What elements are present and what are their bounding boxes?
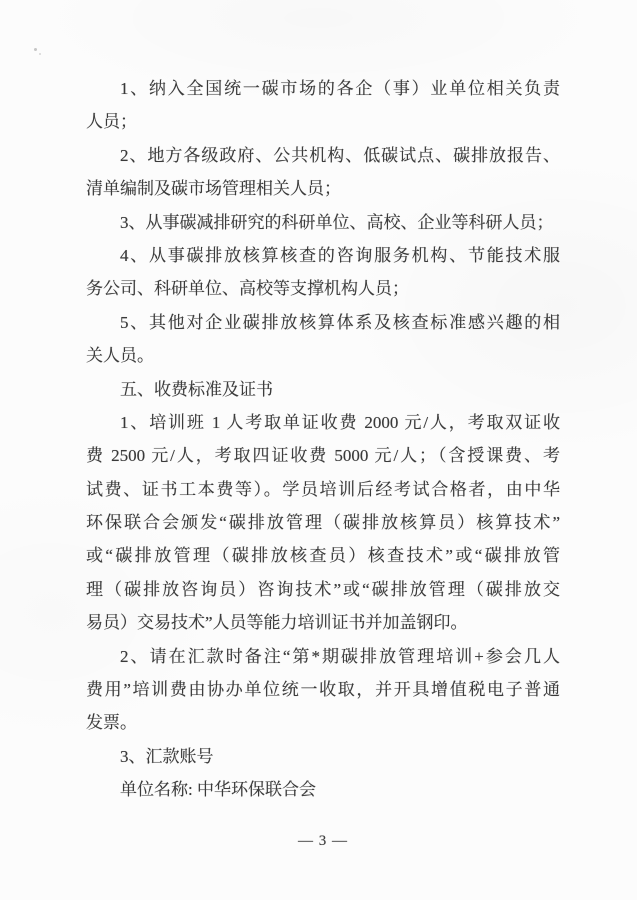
text-line: 单位名称: 中华环保联合会 <box>86 773 560 806</box>
text-line: 务公司、科研单位、高校等支撑机构人员； <box>86 272 560 305</box>
text-line: 或“碳排放管理（碳排放核查员）核查技术”或“碳排放管 <box>86 539 560 572</box>
text-line: 人员； <box>86 105 560 138</box>
text-line: 1、培训班 1 人考取单证收费 2000 元/人，考取双证收 <box>86 406 560 439</box>
text-line: 试费、证书工本费等）。学员培训后经考试合格者，由中华 <box>86 473 560 506</box>
text-line: 3、从事碳减排研究的科研单位、高校、企业等科研人员； <box>86 206 560 239</box>
text-line: 发票。 <box>86 706 560 739</box>
text-line: 易员）交易技术”人员等能力培训证书并加盖钢印。 <box>86 606 560 639</box>
text-line: 清单编制及碳市场管理相关人员； <box>86 172 560 205</box>
text-line: 环保联合会颁发“碳排放管理（碳排放核算员）核算技术” <box>86 506 560 539</box>
document-body: 1、纳入全国统一碳市场的各企（事）业单位相关负责人员；2、地方各级政府、公共机构… <box>86 72 560 807</box>
text-line: 理（碳排放咨询员）咨询技术”或“碳排放管理（碳排放交 <box>86 573 560 606</box>
text-line: 1、纳入全国统一碳市场的各企（事）业单位相关负责 <box>86 72 560 105</box>
text-line: 5、其他对企业碳排放核算体系及核查标准感兴趣的相 <box>86 306 560 339</box>
text-line: 4、从事碳排放核算核查的咨询服务机构、节能技术服 <box>86 239 560 272</box>
page-number: — 3 — <box>86 833 560 850</box>
document-page: 1、纳入全国统一碳市场的各企（事）业单位相关负责人员；2、地方各级政府、公共机构… <box>0 0 637 900</box>
text-line: 费用”培训费由协办单位统一收取，并开具增值税电子普通 <box>86 673 560 706</box>
text-line: 2、地方各级政府、公共机构、低碳试点、碳排放报告、 <box>86 139 560 172</box>
text-line: 3、汇款账号 <box>86 740 560 773</box>
text-line: 2、请在汇款时备注“第*期碳排放管理培训+参会几人 <box>86 640 560 673</box>
text-line: 五、收费标准及证书 <box>86 373 560 406</box>
text-line: 关人员。 <box>86 339 560 372</box>
scan-speck <box>39 53 41 55</box>
text-line: 费 2500 元/人，考取四证收费 5000 元/人；（含授课费、考 <box>86 439 560 472</box>
scan-speck <box>34 48 37 51</box>
